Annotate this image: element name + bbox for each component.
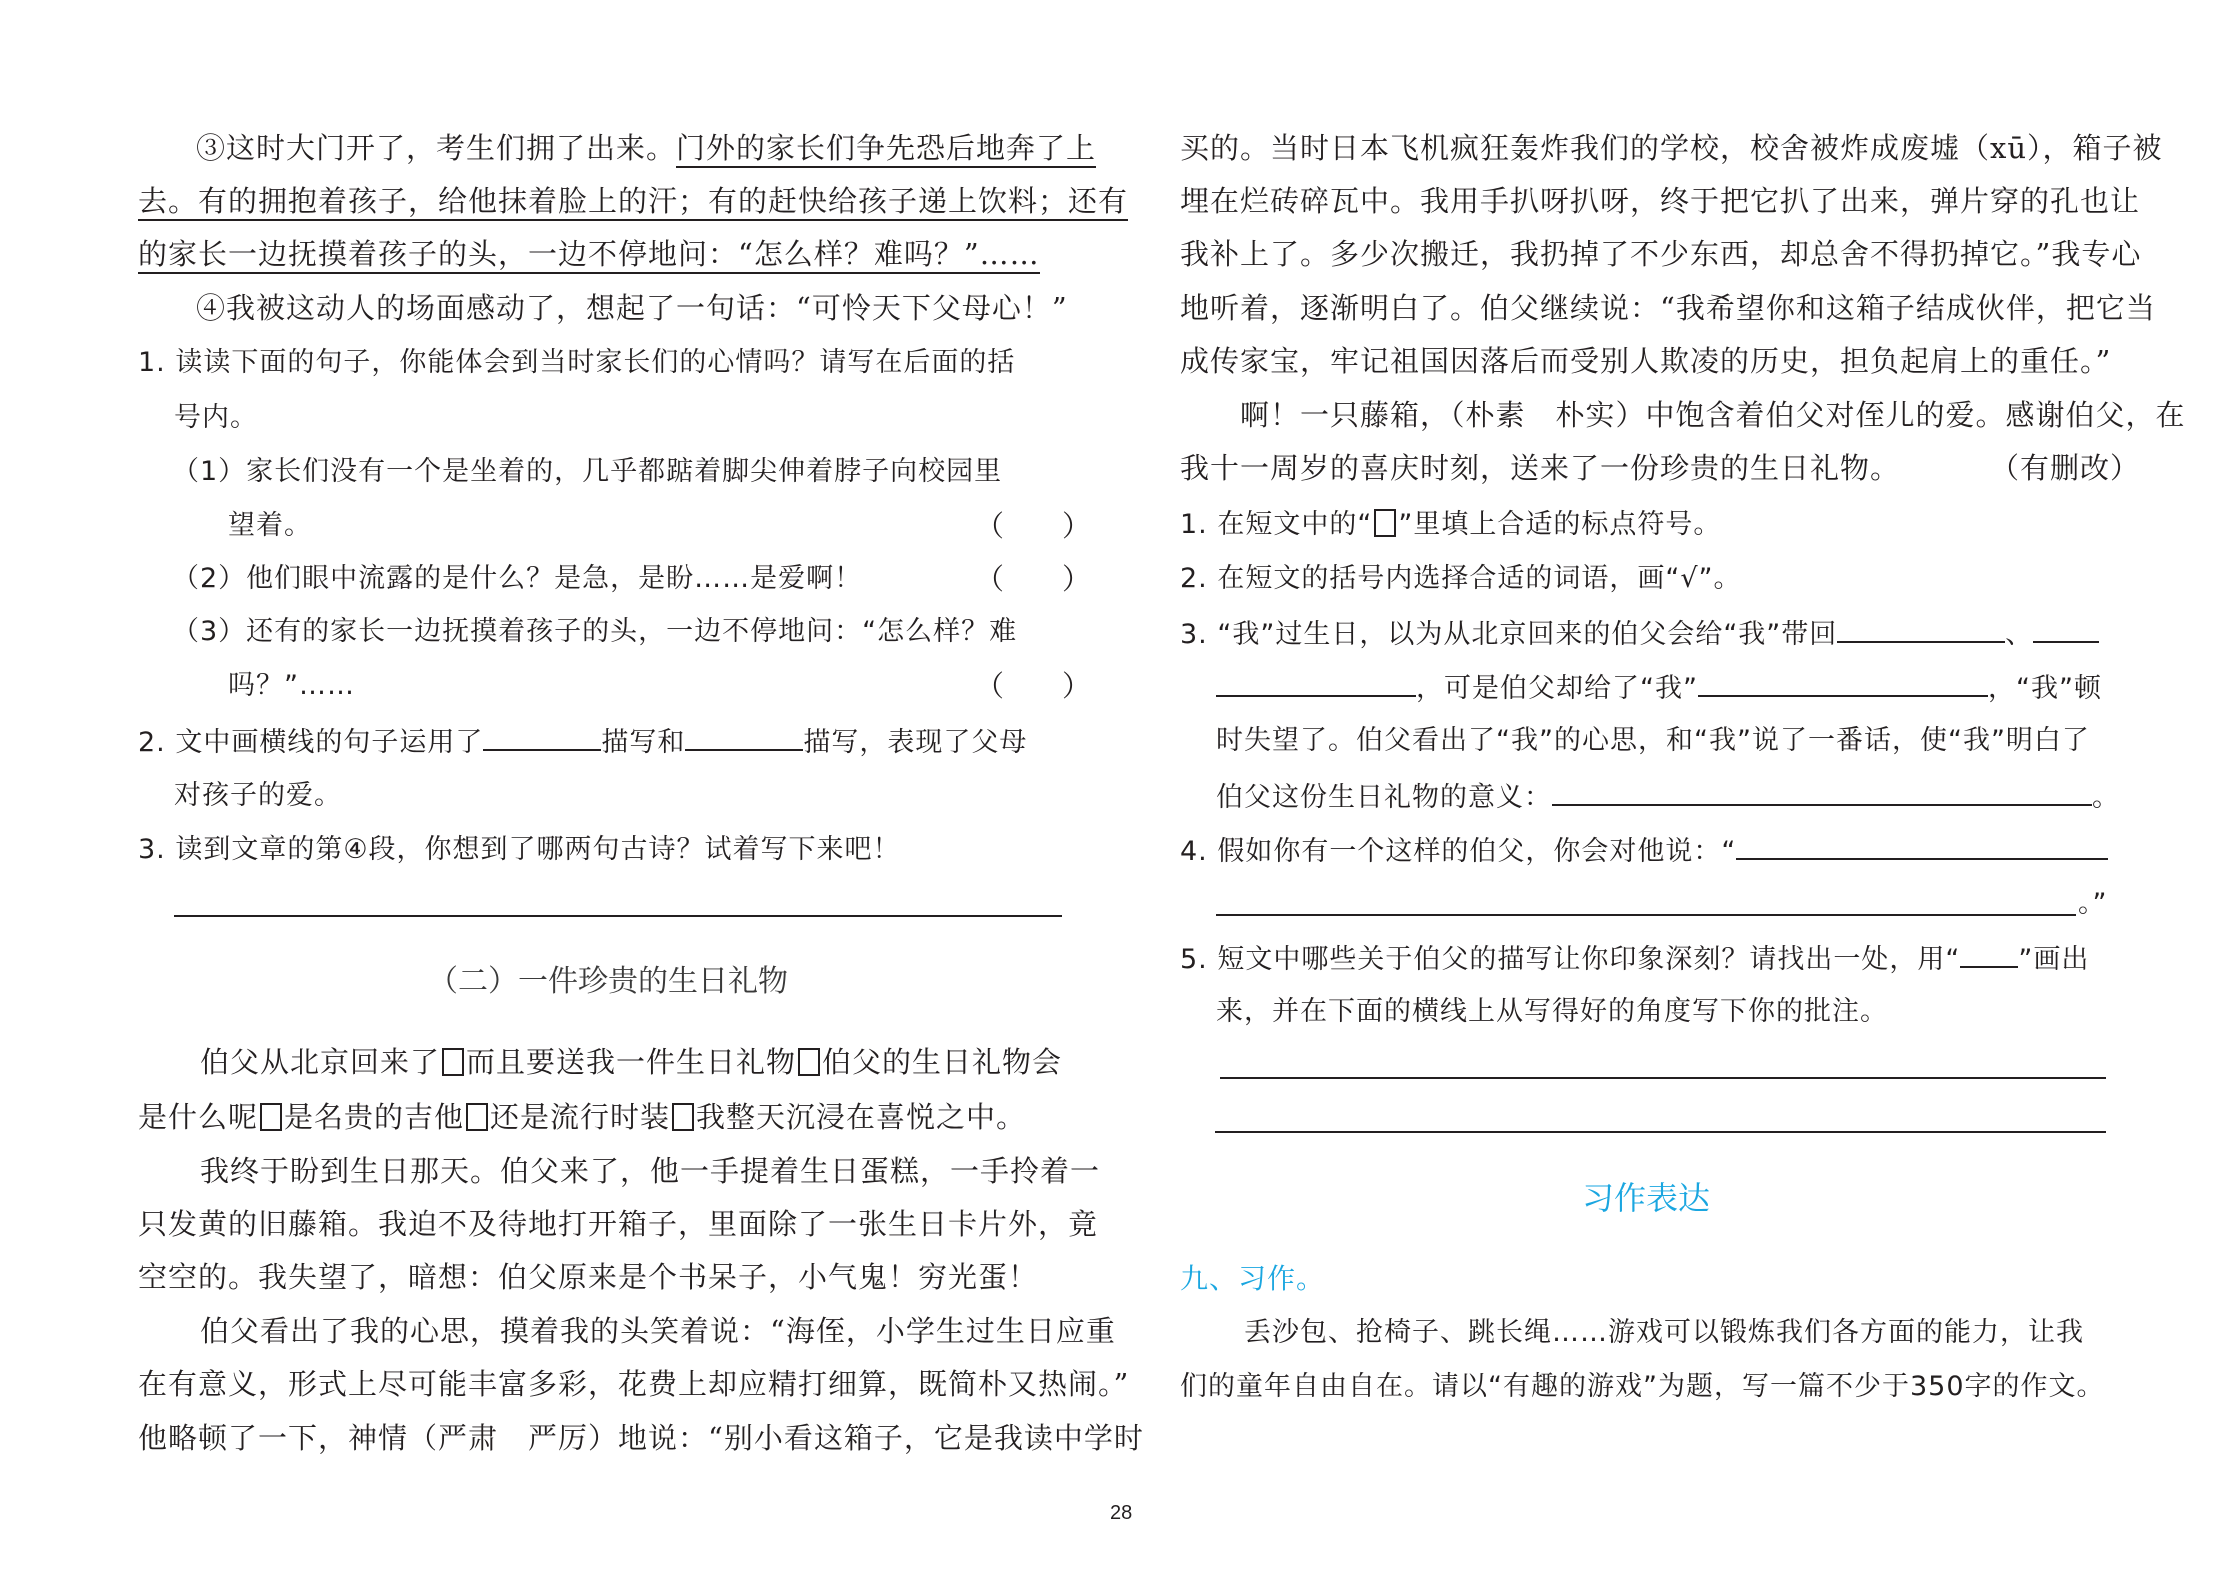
section-banner: 习作表达: [1582, 1178, 1710, 1218]
section-title: （二）一件珍贵的生日礼物: [428, 962, 788, 1002]
answer-blank[interactable]: [1552, 776, 2092, 806]
punctuation-box[interactable]: [466, 1103, 488, 1131]
story-continued-line-6: 啊！一只藤箱，（朴素 朴实）中饱含着伯父对侄儿的爱。感谢伯父，在: [1240, 395, 2186, 435]
question-r2: 2. 在短文的括号内选择合适的词语，画“√”。: [1180, 559, 1742, 599]
question-1-item-2: （2）他们眼中流露的是什么？是急，是盼……是爱啊！: [172, 559, 862, 599]
story-line-4: 只发黄的旧藤箱。我迫不及待地打开箱子，里面除了一张生日卡片外，竟: [138, 1204, 1098, 1244]
answer-parentheses[interactable]: （ ）: [975, 666, 1091, 706]
story-continued-line-7: 我十一周岁的喜庆时刻，送来了一份珍贵的生日礼物。: [1180, 448, 1900, 488]
question-r3-line-2: ，可是伯父却给了“我”，“我”顿: [1216, 667, 2102, 709]
question-2-line-1: 2. 文中画横线的句子运用了描写和描写，表现了父母: [138, 721, 1027, 763]
separator: 、: [2005, 619, 2033, 650]
punctuation-box[interactable]: [442, 1048, 464, 1076]
punctuation-box[interactable]: [672, 1103, 694, 1131]
question-text: 3. “我”过生日，以为从北京回来的伯父会给“我”带回: [1180, 619, 1837, 650]
underlined-sentence: 的家长一边抚摸着孩子的头，一边不停地问：“怎么样？难吗？”……: [138, 237, 1040, 274]
question-r5-line-2: 来，并在下面的横线上从写得好的角度写下你的批注。: [1216, 992, 1888, 1032]
answer-blank[interactable]: [1837, 613, 2005, 643]
question-3: 3. 读到文章的第④段，你想到了哪两句古诗？试着写下来吧！: [138, 830, 901, 870]
story-continued-line-3: 我补上了。多少次搬迁，我扔掉了不少东西，却总舍不得扔掉它。”我专心: [1180, 234, 2141, 274]
answer-blank[interactable]: [483, 721, 601, 751]
story-line-5: 空空的。我失望了，暗想：伯父原来是个书呆子，小气鬼！穷光蛋！: [138, 1257, 1038, 1297]
story-continued-line-4: 地听着，逐渐明白了。伯父继续说：“我希望你和这箱子结成伙伴，把它当: [1180, 288, 2156, 328]
task-line-2: 们的童年自由自在。请以“有趣的游戏”为题，写一篇不少于350字的作文。: [1180, 1367, 2105, 1407]
punctuation: 。: [2092, 782, 2120, 813]
question-r1: 1. 在短文中的“”里填上合适的标点符号。: [1180, 505, 1721, 545]
answer-line[interactable]: [1216, 914, 2076, 916]
paragraph-4: ④我被这动人的场面感动了，想起了一句话：“可怜天下父母心！”: [196, 288, 1068, 328]
closing-quote: 。”: [2078, 884, 2108, 924]
answer-line[interactable]: [1215, 1131, 2106, 1133]
story-continued-line-5: 成传家宝，牢记祖国因落后而受别人欺凌的历史，担负起肩上的重任。”: [1180, 341, 2111, 381]
question-r5-line-1: 5. 短文中哪些关于伯父的描写让你印象深刻？请找出一处，用“”画出: [1180, 938, 2089, 980]
page-number: 28: [1110, 1502, 1132, 1525]
story-text: 伯父从北京回来了: [138, 1045, 440, 1079]
story-continued-line-2: 埋在烂砖碎瓦中。我用手扒呀扒呀，终于把它扒了出来，弹片穿的孔也让: [1180, 181, 2140, 221]
paragraph-3-line-2: 去。有的拥抱着孩子，给他抹着脸上的汗；有的赶快给孩子递上饮料；还有: [138, 181, 1128, 221]
story-line-1: 伯父从北京回来了而且要送我一件生日礼物伯父的生日礼物会: [138, 1042, 1063, 1082]
task-label: 九、习作。: [1180, 1259, 1325, 1299]
question-2-line-2: 对孩子的爱。: [174, 776, 342, 816]
question-1-line-2: 号内。: [174, 398, 258, 438]
story-text: 是什么呢: [138, 1100, 258, 1134]
question-1-item-3-line-2: 吗？”……: [228, 666, 355, 706]
question-text: 1. 在短文中的“: [1180, 509, 1372, 540]
answer-line[interactable]: [1220, 1077, 2106, 1079]
punctuation-box[interactable]: [260, 1103, 282, 1131]
story-text: 伯父的生日礼物会: [822, 1045, 1062, 1079]
underline-sample: [1960, 938, 2018, 968]
question-r3-line-1: 3. “我”过生日，以为从北京回来的伯父会给“我”带回、: [1180, 613, 2099, 655]
punctuation-box-example: [1374, 509, 1396, 537]
story-continued-line-1: 买的。当时日本飞机疯狂轰炸我们的学校，校舍被炸成废墟（xū），箱子被: [1180, 128, 2163, 168]
question-1-item-1-line-1: （1）家长们没有一个是坐着的，几乎都踮着脚尖伸着脖子向校园里: [172, 452, 1002, 492]
underlined-sentence: 门外的家长们争先恐后地奔了上: [676, 131, 1096, 168]
question-text: 4. 假如你有一个这样的伯父，你会对他说：“: [1180, 836, 1736, 867]
underlined-sentence: 去。有的拥抱着孩子，给他抹着脸上的汗；有的赶快给孩子递上饮料；还有: [138, 184, 1128, 221]
paragraph-text: ③这时大门开了，考生们拥了出来。: [138, 131, 676, 165]
story-line-3: 我终于盼到生日那天。伯父来了，他一手提着生日蛋糕，一手拎着一: [200, 1151, 1100, 1191]
paragraph-3-line-3: 的家长一边抚摸着孩子的头，一边不停地问：“怎么样？难吗？”……: [138, 234, 1040, 274]
answer-blank[interactable]: [2033, 613, 2099, 643]
question-text: ”里填上合适的标点符号。: [1398, 509, 1721, 540]
story-line-2: 是什么呢是名贵的吉他还是流行时装我整天沉浸在喜悦之中。: [138, 1097, 1026, 1137]
answer-blank[interactable]: [685, 721, 803, 751]
story-text: 是名贵的吉他: [284, 1100, 464, 1134]
question-1-line-1: 1. 读读下面的句子，你能体会到当时家长们的心情吗？请写在后面的括: [138, 343, 1015, 383]
paragraph-3-line-1: ③这时大门开了，考生们拥了出来。门外的家长们争先恐后地奔了上: [138, 128, 1063, 168]
story-text: 还是流行时装: [490, 1100, 670, 1134]
question-text: 2. 文中画横线的句子运用了: [138, 727, 483, 758]
question-r4-line-1: 4. 假如你有一个这样的伯父，你会对他说：“: [1180, 830, 2108, 872]
question-text: 伯父这份生日礼物的意义：: [1216, 782, 1552, 813]
source-note: （有删改）: [1990, 448, 2140, 488]
answer-line[interactable]: [174, 915, 1062, 917]
story-line-8: 他略顿了一下，神情（严肃 严厉）地说：“别小看这箱子，它是我读中学时: [138, 1418, 1144, 1458]
story-text: 我整天沉浸在喜悦之中。: [696, 1100, 1026, 1134]
question-text: 描写和: [601, 727, 685, 758]
question-1-item-3-line-1: （3）还有的家长一边抚摸着孩子的头，一边不停地问：“怎么样？难: [172, 612, 1017, 652]
story-line-7: 在有意义，形式上尽可能丰富多彩，花费上却应精打细算，既简朴又热闹。”: [138, 1364, 1129, 1404]
question-text: ”画出: [2018, 944, 2089, 975]
punctuation-box[interactable]: [798, 1048, 820, 1076]
answer-blank[interactable]: [1698, 667, 1988, 697]
question-r3-line-3: 时失望了。伯父看出了“我”的心思，和“我”说了一番话，使“我”明白了: [1216, 721, 2090, 761]
answer-blank[interactable]: [1216, 667, 1416, 697]
question-text: ，“我”顿: [1988, 673, 2102, 704]
story-text: 而且要送我一件生日礼物: [466, 1045, 796, 1079]
question-1-item-1-line-2: 望着。: [228, 506, 312, 546]
question-text: 描写，表现了父母: [803, 727, 1027, 758]
answer-parentheses[interactable]: （ ）: [975, 559, 1091, 599]
answer-parentheses[interactable]: （ ）: [975, 506, 1091, 546]
question-text: 5. 短文中哪些关于伯父的描写让你印象深刻？请找出一处，用“: [1180, 944, 1960, 975]
question-text: ，可是伯父却给了“我”: [1416, 673, 1698, 704]
task-line-1: 丢沙包、抢椅子、跳长绳……游戏可以锻炼我们各方面的能力，让我: [1244, 1313, 2084, 1353]
question-r3-line-4: 伯父这份生日礼物的意义：。: [1216, 776, 2120, 818]
answer-blank[interactable]: [1736, 830, 2108, 860]
story-line-6: 伯父看出了我的心思，摸着我的头笑着说：“海侄，小学生过生日应重: [200, 1311, 1116, 1351]
